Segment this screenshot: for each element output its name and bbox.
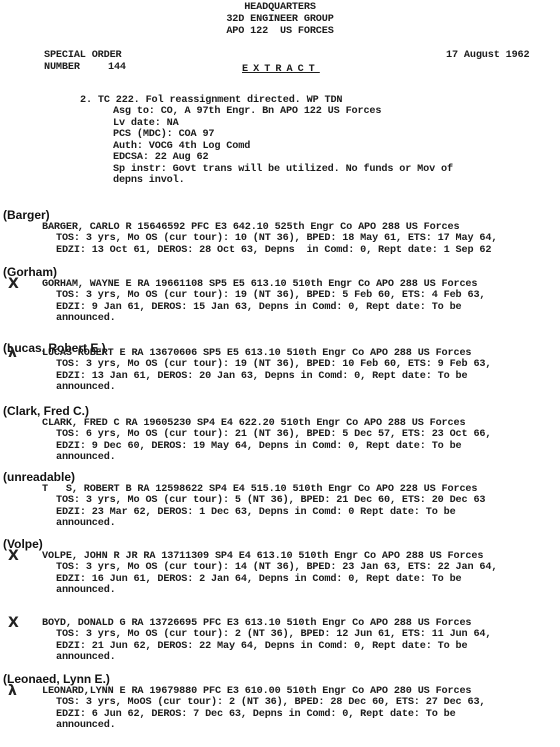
paragraph-line: EDCSA: 22 Aug 62	[113, 152, 208, 163]
paragraph-line: Auth: VOCG 4th Log Comd	[113, 141, 250, 152]
paragraph-line: PCS (MDC): COA 97	[113, 129, 214, 140]
order-date: 17 August 1962	[446, 50, 530, 61]
entry-detail-line: EDZI: 23 Mar 62, DEROS: 1 Dec 63, Depns …	[56, 507, 456, 518]
entry-detail-line: EDZI: 21 Jun 62, DEROS: 22 May 64, Depns…	[56, 641, 467, 652]
entry-detail-line: announced.	[56, 382, 116, 393]
entry-detail-line: announced.	[56, 585, 116, 596]
entry-detail-line: TOS: 3 yrs, Mo OS (cur tour): 19 (NT 36)…	[56, 290, 485, 301]
paragraph-line: Asg to: CO, A 97th Engr. Bn APO 122 US F…	[113, 106, 381, 117]
entry-detail-line: TOS: 3 yrs, Mo OS (cur tour): 5 (NT 36),…	[56, 495, 485, 506]
entry-name-line: LEONARD,LYNN E RA 19679880 PFC E3 610.00…	[42, 686, 471, 697]
entry-name-line: LUCAS ROBERT E RA 13670606 SP5 E5 613.10…	[42, 348, 471, 359]
handwritten-annotation: (Clark, Fred C.)	[3, 404, 89, 418]
x-check-mark-icon: X	[8, 548, 19, 564]
entry-name-line: VOLPE, JOHN R JR RA 13711309 SP4 E4 613.…	[42, 551, 483, 562]
entry-name-line: CLARK, FRED C RA 19605230 SP4 E4 622.20 …	[42, 418, 465, 429]
entry-name-line: BOYD, DONALD G RA 13726695 PFC E3 613.10…	[42, 618, 471, 629]
entry-detail-line: EDZI: 13 Oct 61, DEROS: 28 Oct 63, Depns…	[56, 245, 491, 256]
order-number: 144	[108, 62, 126, 73]
handwritten-annotation: (Leonaed, Lynn E.)	[3, 672, 110, 686]
entry-detail-line: EDZI: 16 Jun 61, DEROS: 2 Jan 64, Depns …	[56, 574, 462, 585]
entry-detail-line: EDZI: 9 Jan 61, DEROS: 15 Jan 63, Depns …	[56, 302, 462, 313]
number-label: NUMBER	[44, 62, 80, 73]
entry-detail-line: announced.	[56, 720, 116, 731]
x-check-mark-icon: X	[8, 615, 19, 631]
entry-detail-line: EDZI: 9 Dec 60, DEROS: 19 May 64, Depns …	[56, 441, 462, 452]
paragraph-line: depns invol.	[113, 175, 185, 186]
entry-detail-line: TOS: 3 yrs, Mo OS (cur tour): 10 (NT 36)…	[56, 233, 497, 244]
extract-title: EXTRACT	[242, 64, 320, 75]
x-check-mark-icon: X	[8, 276, 19, 292]
entry-detail-line: EDZI: 6 Jun 62, DEROS: 7 Dec 63, Depns i…	[56, 709, 456, 720]
check-mark-icon: λ	[8, 683, 17, 699]
header-line-apo: APO 122 US FORCES	[0, 26, 560, 37]
header-line-unit: 32D ENGINEER GROUP	[0, 14, 560, 25]
handwritten-annotation: (unreadable)	[3, 470, 75, 484]
header-line-headquarters: HEADQUARTERS	[0, 2, 560, 13]
entry-detail-line: TOS: 3 yrs, Mo OS (cur tour): 19 (NT 36)…	[56, 359, 491, 370]
entry-detail-line: TOS: 3 yrs, Mo OS (cur tour): 2 (NT 36),…	[56, 629, 491, 640]
entry-detail-line: announced.	[56, 518, 116, 529]
entry-name-line: T S, ROBERT B RA 12598622 SP4 E4 515.10 …	[42, 484, 477, 495]
paragraph-line: Sp instr: Govt trans will be utilized. N…	[113, 164, 453, 175]
entry-name-line: BARGER, CARLO R 15646592 PFC E3 642.10 5…	[42, 222, 459, 233]
entry-detail-line: TOS: 3 yrs, MoOS (cur tour): 2 (NT 36), …	[56, 697, 485, 708]
entry-detail-line: announced.	[56, 313, 116, 324]
entry-detail-line: TOS: 6 yrs, Mo OS (cur tour): 21 (NT 36)…	[56, 429, 491, 440]
entry-detail-line: EDZI: 13 Jan 61, DEROS: 20 Jan 63, Depns…	[56, 371, 467, 382]
special-order-label: SPECIAL ORDER	[44, 50, 122, 61]
entry-detail-line: announced.	[56, 452, 116, 463]
paragraph-head: 2. TC 222. Fol reassignment directed. WP…	[80, 95, 342, 106]
entry-detail-line: TOS: 3 yrs, Mo OS (cur tour): 14 (NT 36)…	[56, 562, 497, 573]
check-mark-icon: λ	[8, 345, 17, 361]
entry-name-line: GORHAM, WAYNE E RA 19661108 SP5 E5 613.1…	[42, 279, 477, 290]
entry-detail-line: announced.	[56, 652, 116, 663]
paragraph-line: Lv date: NA	[113, 118, 179, 129]
handwritten-annotation: (Barger)	[3, 208, 50, 222]
